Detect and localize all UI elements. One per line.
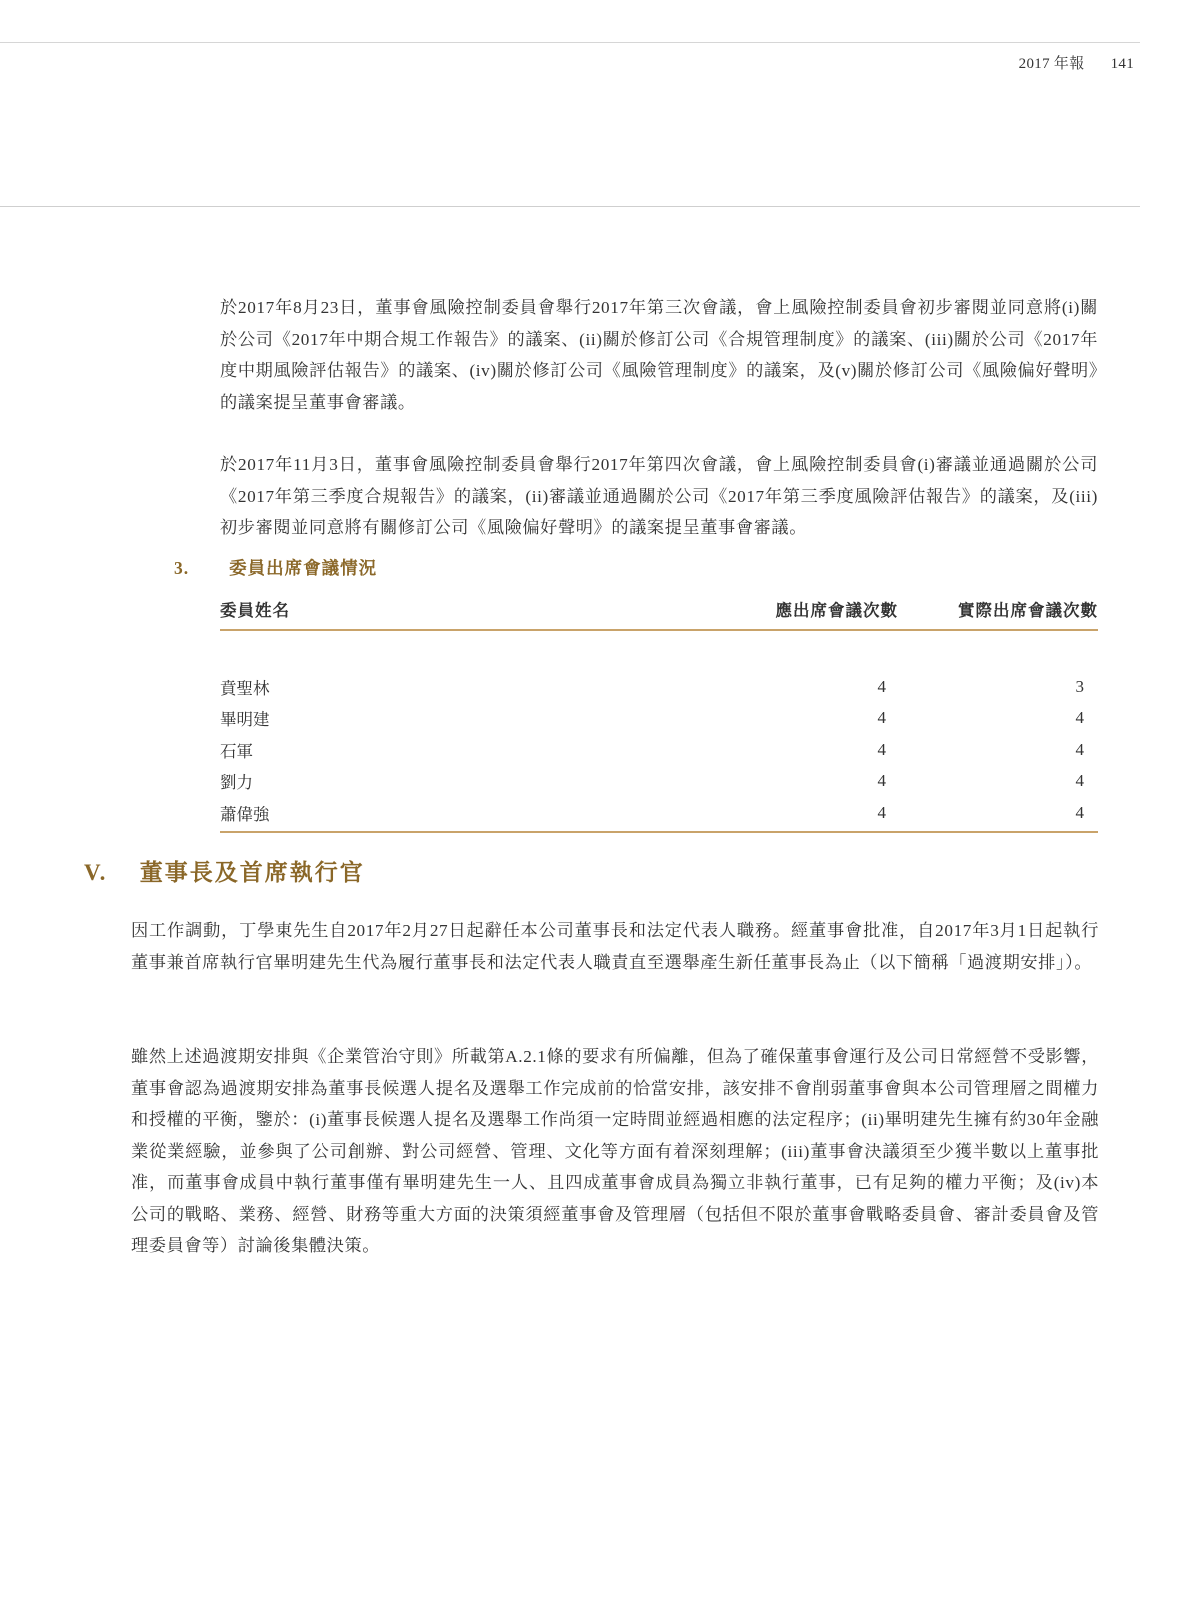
section-v-title: 董事長及首席執行官 — [140, 860, 365, 886]
member-name: 石軍 — [220, 734, 698, 766]
member-name: 劉力 — [220, 766, 698, 798]
attended-count: 4 — [898, 797, 1098, 832]
required-count: 4 — [698, 734, 898, 766]
attended-count: 3 — [898, 671, 1098, 703]
paragraph-third-meeting: 於2017年8月23日，董事會風險控制委員會舉行2017年第三次會議，會上風險控… — [220, 292, 1098, 418]
table-row: 蕭偉強 4 4 — [220, 797, 1098, 832]
attendance-table: 委員姓名 應出席會議次數 實際出席會議次數 賁聖林 4 3 畢明建 4 4 石軍… — [220, 597, 1098, 833]
column-header-attended: 實際出席會議次數 — [898, 597, 1098, 630]
paragraph-transition-arrangement: 因工作調動，丁學東先生自2017年2月27日起辭任本公司董事長和法定代表人職務。… — [131, 915, 1099, 978]
paragraph-governance-deviation: 雖然上述過渡期安排與《企業管治守則》所載第A.2.1條的要求有所偏離，但為了確保… — [131, 1041, 1099, 1262]
section-divider — [0, 206, 1140, 207]
attendance-heading-title: 委員出席會議情況 — [229, 559, 377, 579]
section-v-heading: V. 董事長及首席執行官 — [84, 854, 365, 887]
paragraph-fourth-meeting: 於2017年11月3日，董事會風險控制委員會舉行2017年第四次會議，會上風險控… — [220, 449, 1098, 544]
member-name: 畢明建 — [220, 703, 698, 735]
attended-count: 4 — [898, 766, 1098, 798]
section-v-number: V. — [84, 860, 132, 886]
member-name: 蕭偉強 — [220, 797, 698, 832]
attended-count: 4 — [898, 734, 1098, 766]
required-count: 4 — [698, 766, 898, 798]
required-count: 4 — [698, 703, 898, 735]
table-row: 賁聖林 4 3 — [220, 671, 1098, 703]
report-title: 2017 年報 — [1019, 56, 1085, 72]
page-number: 141 — [1111, 56, 1134, 72]
attended-count: 4 — [898, 703, 1098, 735]
table-row: 劉力 4 4 — [220, 766, 1098, 798]
attendance-heading-number: 3. — [174, 558, 222, 579]
column-header-name: 委員姓名 — [220, 597, 698, 630]
required-count: 4 — [698, 671, 898, 703]
member-name: 賁聖林 — [220, 671, 698, 703]
attendance-heading: 3. 委員出席會議情況 — [174, 555, 377, 580]
column-header-required: 應出席會議次數 — [698, 597, 898, 630]
table-row: 畢明建 4 4 — [220, 703, 1098, 735]
running-header: 2017 年報 141 — [1019, 52, 1134, 73]
table-header-row: 委員姓名 應出席會議次數 實際出席會議次數 — [220, 597, 1098, 630]
required-count: 4 — [698, 797, 898, 832]
header-rule — [0, 42, 1140, 43]
table-spacer — [220, 630, 1098, 671]
table-row: 石軍 4 4 — [220, 734, 1098, 766]
